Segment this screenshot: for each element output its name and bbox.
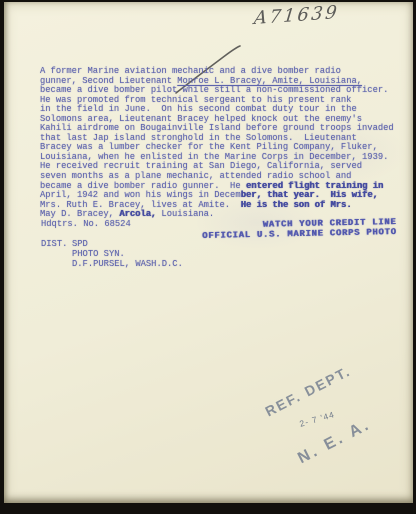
note-text-segment: Kahili airdrome on Bougainville Island b… [40, 123, 394, 133]
note-text-segment: He is the son of Mrs. [241, 200, 352, 210]
note-text-segment: ber, that year. His wife, [241, 190, 378, 200]
note-text-segment: Bracey was a lumber checker for the Kent… [40, 142, 378, 152]
dist-list: SPDPHOTO SYN.D.F.PURSEL, WASH.D.C. [72, 239, 183, 269]
hq-number: Hdqtrs. No. 68524 [41, 219, 131, 229]
dist-item: PHOTO SYN. [72, 249, 125, 259]
note-text-segment: May D. Bracey, [40, 209, 119, 219]
corner-stamps: REF. DEPT. 2- 7 '44 N. E. A. [253, 353, 413, 503]
stamp-date: 2- 7 '44 [298, 409, 335, 429]
typed-caption: A former Marine aviation mechanic and a … [40, 67, 402, 220]
note-text-segment: He received recruit training at San Dieg… [40, 161, 362, 171]
note-text-segment: became a dive bomber pilot while still a… [40, 85, 388, 95]
note-text-segment: Louisiana. [156, 209, 214, 219]
credit-stamp-line2: OFFICIAL U.S. MARINE CORPS PHOTO [202, 226, 397, 240]
photo-back-scan: { "photo_back": { "handwritten_id": "A71… [0, 0, 416, 514]
credit-line-stamp: WATCH YOUR CREDIT LINEOFFICIAL U.S. MARI… [202, 218, 397, 241]
note-text-segment: seven months as a plane mechanic, attend… [40, 171, 351, 181]
handwritten-id-number: A71639 [253, 2, 340, 29]
note-text-segment: in the field in June. On his second comb… [40, 104, 357, 114]
dist-label: DIST. [41, 239, 67, 249]
dist-item: SPD [72, 239, 88, 249]
photo-paper: A71639 A former Marine aviation mechanic… [4, 2, 413, 503]
note-text-segment: April, 1942 and won his wings in Decem [40, 190, 241, 200]
ref-dept-stamp: REF. DEPT. [262, 363, 353, 420]
dist-item: D.F.PURSEL, WASH.D.C. [72, 259, 183, 269]
note-text-segment: A former Marine aviation mechanic and a … [40, 66, 341, 76]
note-text-segment: Arcola, [119, 209, 156, 219]
